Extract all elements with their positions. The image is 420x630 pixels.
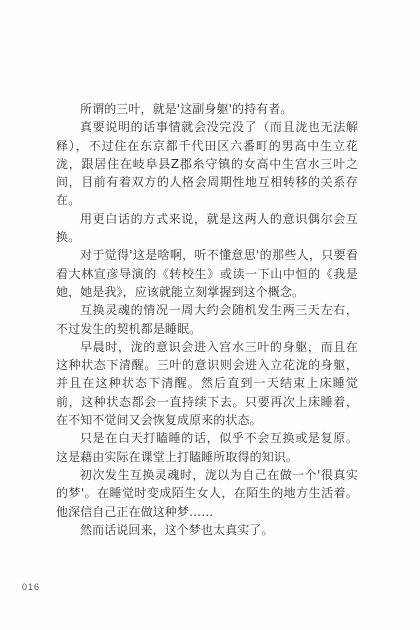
paragraph: 真要说明的话事情就会没完没了（而且泷也无法解释），不过住在东京都千代田区六番町的…: [56, 118, 358, 209]
body-text: 所谓的三叶，就是'这副身躯'的持有者。 真要说明的话事情就会没完没了（而且泷也无…: [56, 100, 358, 539]
paragraph: 然而话说回来，这个梦也太真实了。: [56, 521, 358, 539]
paragraph: 互换灵魂的情况一周大约会随机发生两三天左右，不过发生的契机都是睡眠。: [56, 301, 358, 338]
paragraph: 所谓的三叶，就是'这副身躯'的持有者。: [56, 100, 358, 118]
paragraph: 对于觉得'这是啥啊，听不懂意思'的那些人，只要看看大林宣彦导演的《转校生》或读一…: [56, 246, 358, 301]
paragraph: 初次发生互换灵魂时，泷以为自己在做一个'很真实的梦'。在睡觉时变成陌生女人，在陌…: [56, 466, 358, 521]
paragraph: 用更白话的方式来说，就是这两人的意识偶尔会互换。: [56, 210, 358, 247]
book-page: 所谓的三叶，就是'这副身躯'的持有者。 真要说明的话事情就会没完没了（而且泷也无…: [0, 0, 420, 630]
paragraph: 早晨时，泷的意识会进入宫水三叶的身躯，而且在这种状态下清醒。三叶的意识则会进入立…: [56, 338, 358, 429]
page-number: 016: [22, 581, 40, 593]
paragraph: 只是在白天打瞌睡的话，似乎不会互换或是复原。这是藉由实际在课堂上打瞌睡所取得的知…: [56, 429, 358, 466]
